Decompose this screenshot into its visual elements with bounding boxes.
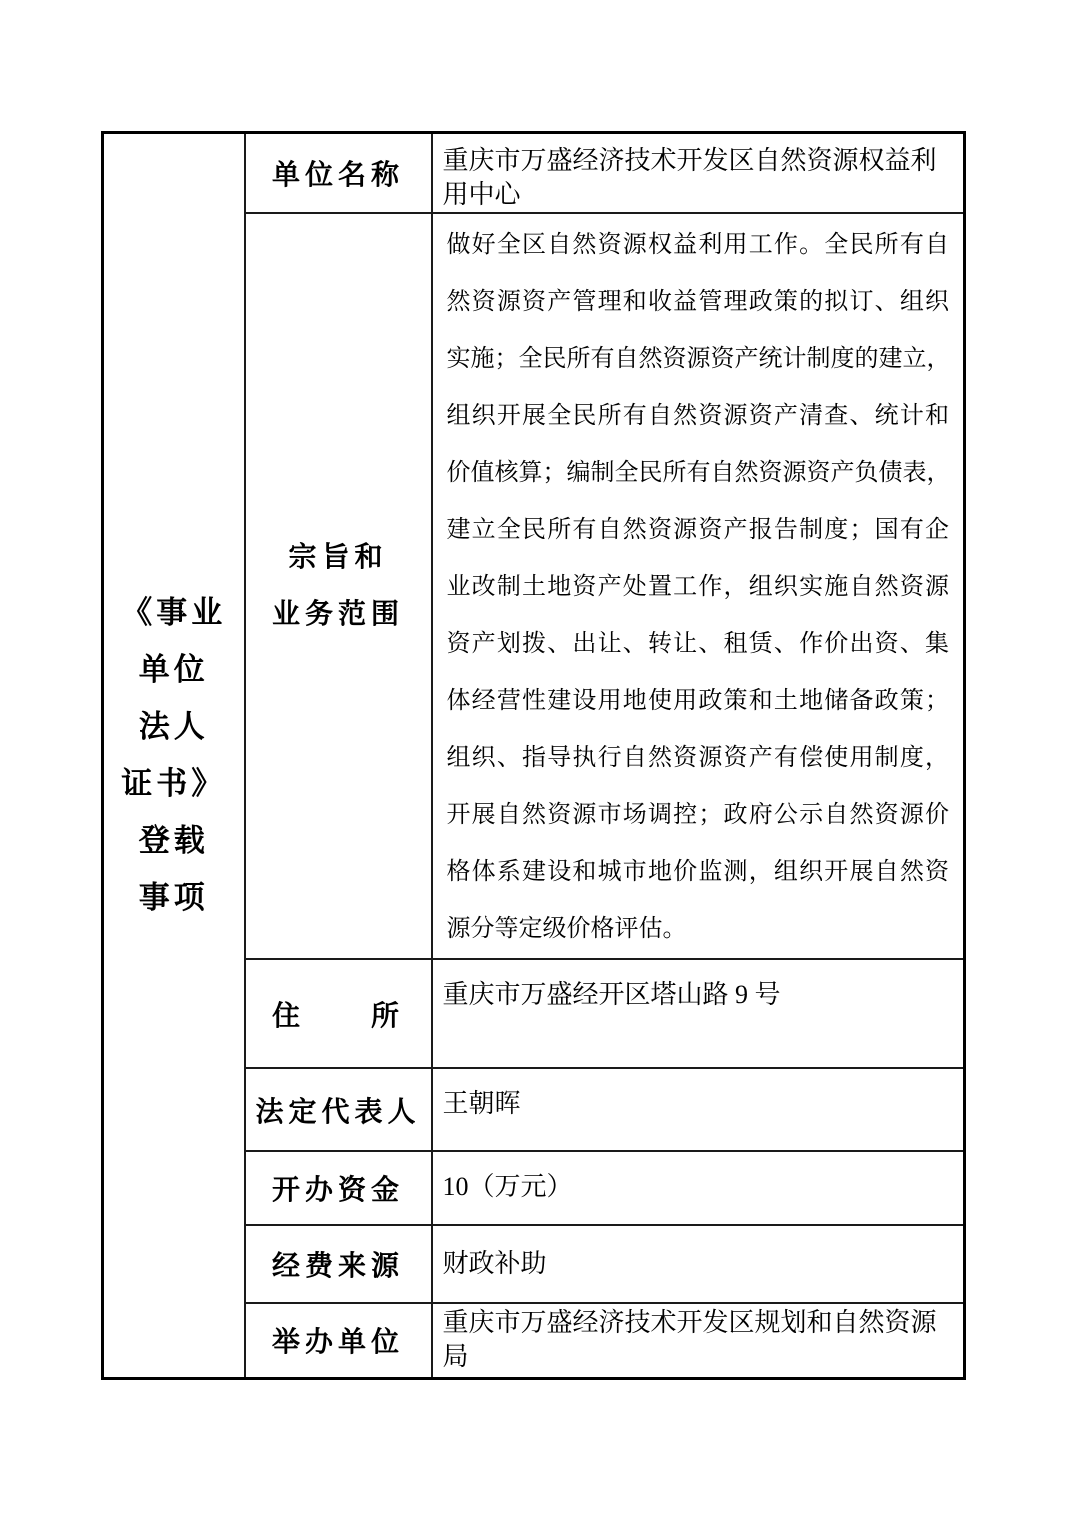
purpose-text-line: 组织、指导执行自然资源资产有偿使用制度，	[447, 730, 950, 787]
document-page: 《事业 单位 法人 证书》 登载 事项 单位名称 重庆市万盛经济技术开发区自然资…	[0, 0, 1074, 1520]
legal-representative-label: 法定代表人	[245, 1068, 432, 1151]
funding-source-value: 财政补助	[432, 1225, 965, 1303]
certificate-title-line: 事项	[139, 869, 209, 926]
purpose-text-line: 源分等定级价格评估。	[447, 901, 950, 958]
purpose-text-line: 做好全区自然资源权益利用工作。全民所有自	[447, 217, 950, 274]
purpose-label: 宗旨和 业务范围	[245, 213, 432, 959]
organizer-value: 重庆市万盛经济技术开发区规划和自然资源局	[432, 1303, 965, 1378]
unit-name-value: 重庆市万盛经济技术开发区自然资源权益利用中心	[432, 133, 965, 214]
purpose-text-line: 价值核算；编制全民所有自然资源资产负债表，	[447, 445, 950, 502]
purpose-text-line: 然资源资产管理和收益管理政策的拟订、组织	[447, 274, 950, 331]
purpose-text-line: 组织开展全民所有自然资源资产清查、统计和	[447, 388, 950, 445]
registered-capital-label: 开办资金	[245, 1151, 432, 1225]
legal-representative-value: 王朝晖	[432, 1068, 965, 1151]
certificate-title-line: 证书》	[121, 755, 226, 812]
certificate-items-cell: 《事业 单位 法人 证书》 登载 事项	[103, 133, 245, 1379]
registered-capital-value: 10（万元）	[432, 1151, 965, 1225]
row-unit-name: 《事业 单位 法人 证书》 登载 事项 单位名称 重庆市万盛经济技术开发区自然资…	[103, 133, 965, 214]
unit-name-label: 单位名称	[245, 133, 432, 214]
purpose-label-line: 业务范围	[246, 586, 431, 643]
organizer-label: 举办单位	[245, 1303, 432, 1378]
certificate-title-line: 《事业	[121, 584, 226, 641]
purpose-text-line: 体经营性建设用地使用政策和土地储备政策；	[447, 673, 950, 730]
purpose-text-line: 格体系建设和城市地价监测，组织开展自然资	[447, 844, 950, 901]
purpose-value: 做好全区自然资源权益利用工作。全民所有自 然资源资产管理和收益管理政策的拟订、组…	[432, 213, 965, 959]
purpose-text-line: 资产划拨、出让、转让、租赁、作价出资、集	[447, 616, 950, 673]
certificate-title-line: 法人	[139, 698, 209, 755]
purpose-text-line: 建立全民所有自然资源资产报告制度；国有企	[447, 502, 950, 559]
purpose-text-line: 业改制土地资产处置工作，组织实施自然资源	[447, 559, 950, 616]
address-value: 重庆市万盛经开区塔山路 9 号	[432, 959, 965, 1068]
certificate-title-line: 登载	[139, 812, 209, 869]
address-label: 住 所	[245, 959, 432, 1068]
certificate-title-line: 单位	[139, 641, 209, 698]
certificate-title: 《事业 单位 法人 证书》 登载 事项	[104, 584, 244, 926]
purpose-label-line: 宗旨和	[246, 529, 431, 586]
funding-source-label: 经费来源	[245, 1225, 432, 1303]
registration-table: 《事业 单位 法人 证书》 登载 事项 单位名称 重庆市万盛经济技术开发区自然资…	[101, 131, 966, 1380]
purpose-text-line: 实施；全民所有自然资源资产统计制度的建立，	[447, 331, 950, 388]
purpose-text-line: 开展自然资源市场调控；政府公示自然资源价	[447, 787, 950, 844]
